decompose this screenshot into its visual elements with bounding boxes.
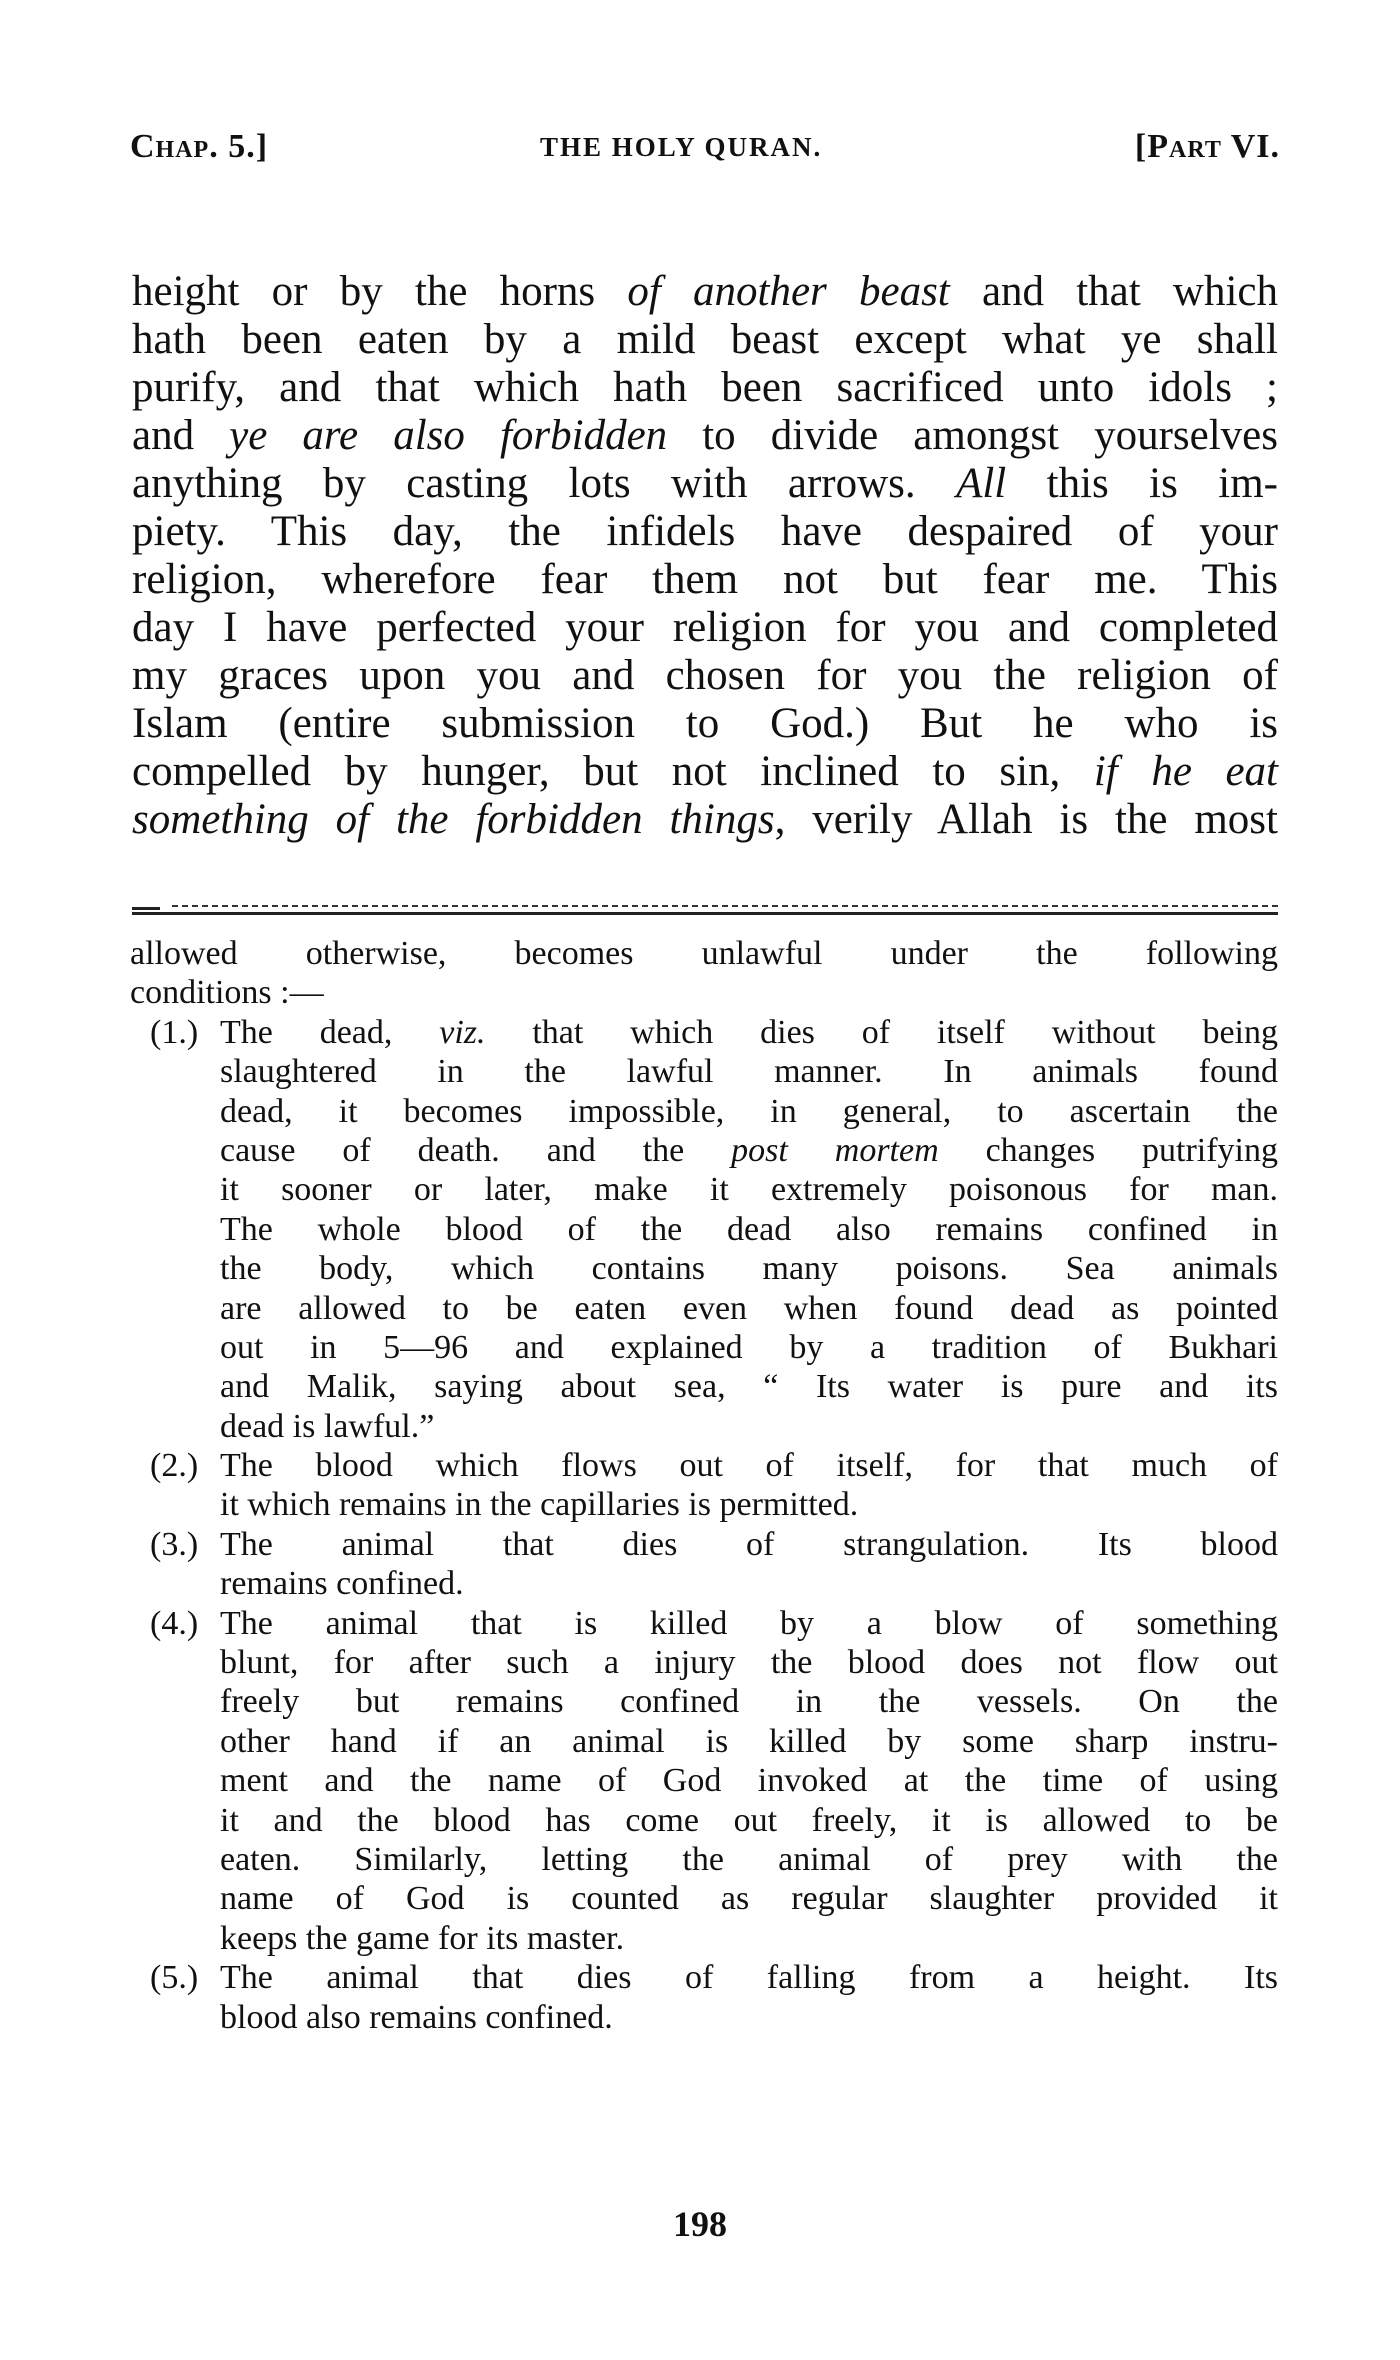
italic-text: post mortem xyxy=(731,1132,938,1169)
text-line: and ye are also forbidden to divide amon… xyxy=(132,412,1278,460)
footnote-continuation-line: The whole blood of the dead also remains… xyxy=(130,1210,1278,1249)
footnote-continuation-line: dead is lawful.” xyxy=(130,1407,1278,1446)
text-run: anything by casting lots with arrows. xyxy=(132,460,956,507)
footnote-continuation-line: cause of death. and the post mortem chan… xyxy=(130,1131,1278,1170)
text-line: compelled by hunger, but not inclined to… xyxy=(132,748,1278,796)
text-run: hath been eaten by a mild beast except w… xyxy=(132,316,1278,363)
footnote-continuation-line: blunt, for after such a injury the blood… xyxy=(130,1643,1278,1682)
text-run: my graces upon you and chosen for you th… xyxy=(132,652,1278,699)
text-run: The animal that dies of falling from a h… xyxy=(220,1959,1278,1996)
footnote-continuation-line: it which remains in the capillaries is p… xyxy=(130,1485,1278,1524)
text-line: hath been eaten by a mild beast except w… xyxy=(132,316,1278,364)
text-run: it and the blood has come out freely, it… xyxy=(220,1802,1278,1839)
text-run: Islam (entire submission to God.) But he… xyxy=(132,700,1278,747)
text-run: out in 5—96 and explained by a tradition… xyxy=(220,1329,1278,1366)
text-run: to divide amongst yourselves xyxy=(667,412,1278,459)
footnote-continuation-line: the body, which contains many poisons. S… xyxy=(130,1249,1278,1288)
text-run: are allowed to be eaten even when found … xyxy=(220,1290,1278,1327)
book-title: THE HOLY QURAN. xyxy=(540,132,822,163)
footnote-item-number: (5.) xyxy=(150,1958,220,1997)
text-run: remains confined. xyxy=(220,1565,464,1602)
italic-text: ye are also forbidden xyxy=(229,412,667,459)
footnote-continuation-line: are allowed to be eaten even when found … xyxy=(130,1289,1278,1328)
italic-text: of another beast xyxy=(627,268,949,315)
text-run: The blood which flows out of itself, for… xyxy=(220,1447,1278,1484)
text-line: something of the forbidden things, veril… xyxy=(132,796,1278,844)
text-run: purify, and that which hath been sacrifi… xyxy=(132,364,1278,411)
footnote-intro-line: allowed otherwise, becomes unlawful unde… xyxy=(130,934,1278,973)
text-run: and that which xyxy=(950,268,1278,315)
footnote-continuation-line: and Malik, saying about sea, “ Its water… xyxy=(130,1367,1278,1406)
footnote-continuation-line: blood also remains confined. xyxy=(130,1998,1278,2037)
italic-text: viz. xyxy=(439,1014,485,1051)
text-run: keeps the game for its master. xyxy=(220,1920,624,1957)
divider-rule-top xyxy=(172,905,1278,907)
footnote-block: allowed otherwise, becomes unlawful unde… xyxy=(130,934,1278,2037)
footnote-item-number: (3.) xyxy=(150,1525,220,1564)
footnote-continuation-line: out in 5—96 and explained by a tradition… xyxy=(130,1328,1278,1367)
footnote-intro-line: conditions :— xyxy=(130,973,1278,1012)
text-run: blunt, for after such a injury the blood… xyxy=(220,1644,1278,1681)
text-run: The whole blood of the dead also remains… xyxy=(220,1211,1278,1248)
text-run: eaten. Similarly, letting the animal of … xyxy=(220,1841,1278,1878)
main-text-body: height or by the horns of another beast … xyxy=(132,268,1278,844)
italic-text: if he eat xyxy=(1094,748,1278,795)
text-line: anything by casting lots with arrows. Al… xyxy=(132,460,1278,508)
text-run: ment and the name of God invoked at the … xyxy=(220,1762,1278,1799)
footnote-item-number: (1.) xyxy=(150,1013,220,1052)
text-line: Islam (entire submission to God.) But he… xyxy=(132,700,1278,748)
footnote-continuation-line: ment and the name of God invoked at the … xyxy=(130,1761,1278,1800)
text-run: changes putrifying xyxy=(939,1132,1278,1169)
text-run: dead is lawful.” xyxy=(220,1408,434,1445)
text-line: day I have perfected your religion for y… xyxy=(132,604,1278,652)
text-run: freely but remains confined in the vesse… xyxy=(220,1683,1278,1720)
text-line: my graces upon you and chosen for you th… xyxy=(132,652,1278,700)
footnote-divider xyxy=(132,905,1278,915)
text-run: The animal that is killed by a blow of s… xyxy=(220,1605,1278,1642)
text-run: The dead, xyxy=(220,1014,439,1051)
footnote-continuation-line: freely but remains confined in the vesse… xyxy=(130,1682,1278,1721)
text-run: blood also remains confined. xyxy=(220,1999,613,2036)
chapter-label: Chap. 5.] xyxy=(130,128,268,166)
text-run: cause of death. and the xyxy=(220,1132,731,1169)
text-run: this is im- xyxy=(1006,460,1278,507)
text-run: , verily Allah is the most xyxy=(775,796,1278,843)
footnote-continuation-line: eaten. Similarly, letting the animal of … xyxy=(130,1840,1278,1879)
footnote-item-line: (4.)The animal that is killed by a blow … xyxy=(130,1604,1278,1643)
footnote-item-line: (2.)The blood which flows out of itself,… xyxy=(130,1446,1278,1485)
footnote-continuation-line: it sooner or later, make it extremely po… xyxy=(130,1170,1278,1209)
footnote-item-line: (1.)The dead, viz. that which dies of it… xyxy=(130,1013,1278,1052)
italic-text: All xyxy=(956,460,1006,507)
part-label: [Part VI. xyxy=(1135,128,1280,166)
divider-rule-bottom xyxy=(132,912,1278,915)
text-line: purify, and that which hath been sacrifi… xyxy=(132,364,1278,412)
text-run: slaughtered in the lawful manner. In ani… xyxy=(220,1053,1278,1090)
footnote-continuation-line: it and the blood has come out freely, it… xyxy=(130,1801,1278,1840)
running-head: Chap. 5.] THE HOLY QURAN. [Part VI. xyxy=(130,128,1280,178)
text-run: name of God is counted as regular slaugh… xyxy=(220,1880,1278,1917)
divider-stub xyxy=(132,907,160,910)
text-run: piety. This day, the infidels have despa… xyxy=(132,508,1278,555)
text-run: it which remains in the capillaries is p… xyxy=(220,1486,858,1523)
book-page: Chap. 5.] THE HOLY QURAN. [Part VI. heig… xyxy=(0,0,1400,2360)
text-run: it sooner or later, make it extremely po… xyxy=(220,1171,1278,1208)
footnote-continuation-line: dead, it becomes impossible, in general,… xyxy=(130,1092,1278,1131)
text-run: the body, which contains many poisons. S… xyxy=(220,1250,1278,1287)
page-number: 198 xyxy=(0,2203,1400,2245)
footnote-continuation-line: keeps the game for its master. xyxy=(130,1919,1278,1958)
text-line: piety. This day, the infidels have despa… xyxy=(132,508,1278,556)
footnote-item-line: (5.)The animal that dies of falling from… xyxy=(130,1958,1278,1997)
footnote-continuation-line: remains confined. xyxy=(130,1564,1278,1603)
footnote-item-number: (2.) xyxy=(150,1446,220,1485)
footnote-continuation-line: name of God is counted as regular slaugh… xyxy=(130,1879,1278,1918)
text-run: compelled by hunger, but not inclined to… xyxy=(132,748,1094,795)
footnote-item-number: (4.) xyxy=(150,1604,220,1643)
text-run: and xyxy=(132,412,229,459)
italic-text: something of the forbidden things xyxy=(132,796,775,843)
text-run: that which dies of itself without being xyxy=(486,1014,1278,1051)
text-run: day I have perfected your religion for y… xyxy=(132,604,1278,651)
text-line: religion, wherefore fear them not but fe… xyxy=(132,556,1278,604)
text-run: other hand if an animal is killed by som… xyxy=(220,1723,1278,1760)
footnote-item-line: (3.)The animal that dies of strangulatio… xyxy=(130,1525,1278,1564)
text-run: and Malik, saying about sea, “ Its water… xyxy=(220,1368,1278,1405)
text-line: height or by the horns of another beast … xyxy=(132,268,1278,316)
footnote-continuation-line: other hand if an animal is killed by som… xyxy=(130,1722,1278,1761)
footnote-continuation-line: slaughtered in the lawful manner. In ani… xyxy=(130,1052,1278,1091)
text-run: religion, wherefore fear them not but fe… xyxy=(132,556,1278,603)
text-run: The animal that dies of strangulation. I… xyxy=(220,1526,1278,1563)
text-run: height or by the horns xyxy=(132,268,627,315)
text-run: dead, it becomes impossible, in general,… xyxy=(220,1093,1278,1130)
